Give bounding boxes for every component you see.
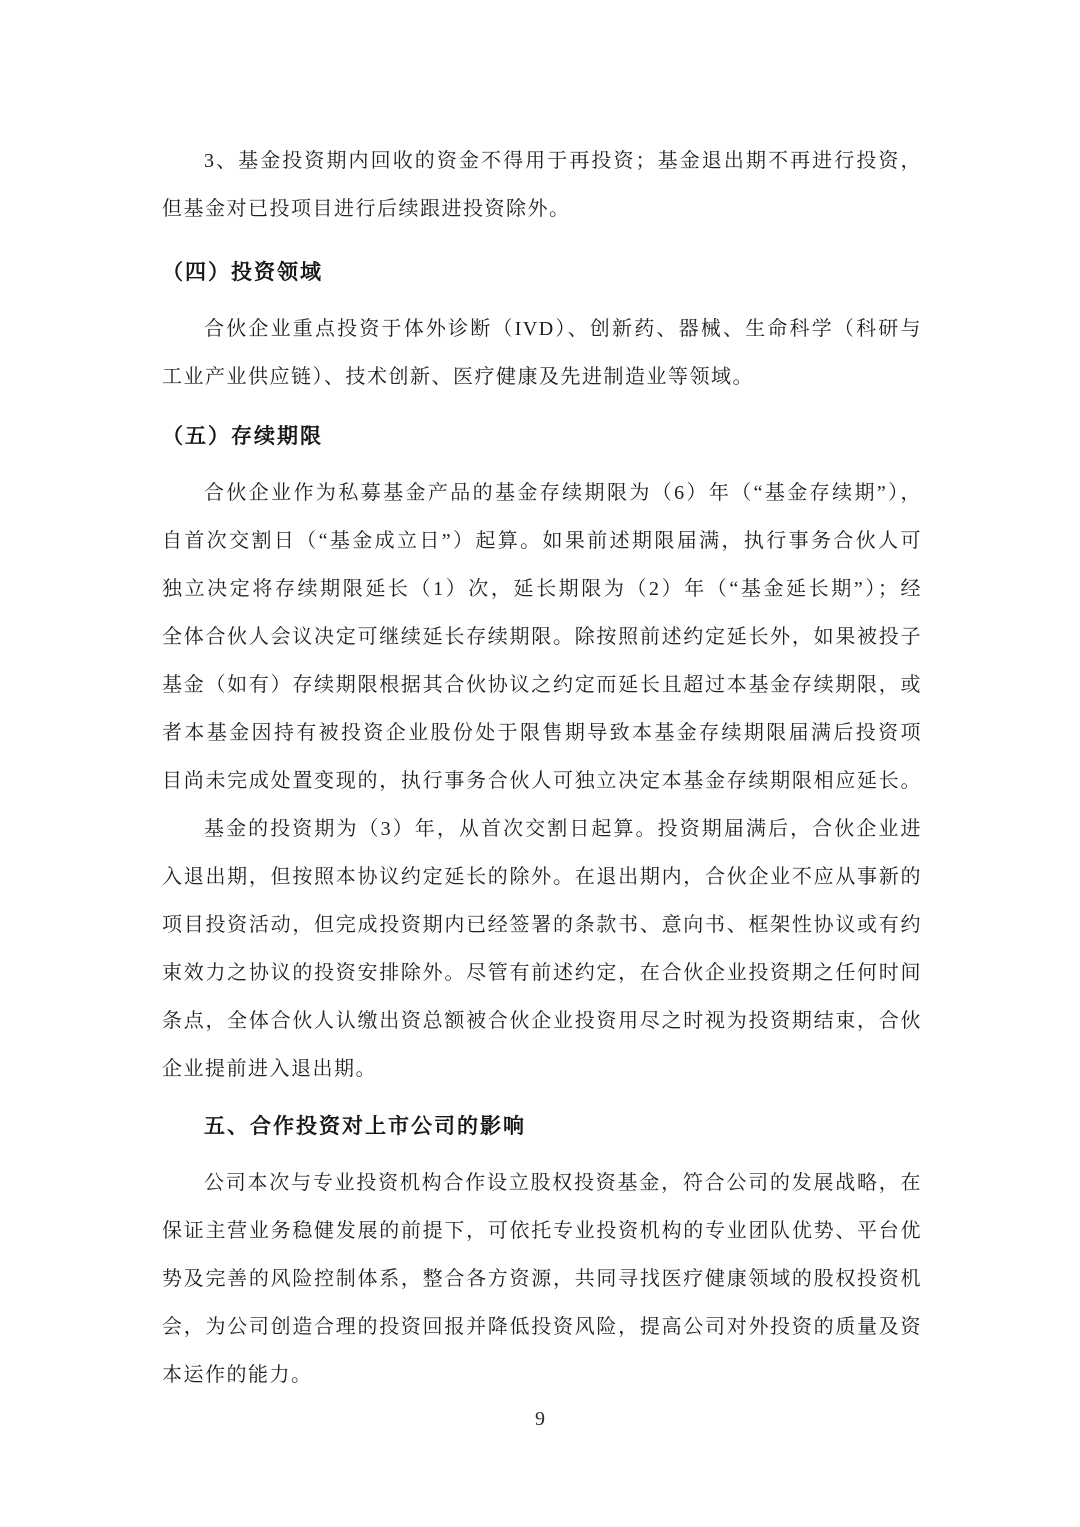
paragraph-fund-reinvestment-rule: 3、基金投资期内回收的资金不得用于再投资；基金退出期不再进行投资， 但基金对已投… xyxy=(162,137,922,233)
paragraph-line: 合伙企业作为私募基金产品的基金存续期限为（6）年（“基金存续期”）， xyxy=(162,469,922,517)
paragraph-line: 企业提前进入退出期。 xyxy=(162,1045,922,1093)
paragraph-line: 全体合伙人会议决定可继续延长存续期限。除按照前述约定延长外，如果被投子 xyxy=(162,613,922,661)
section-heading-impact-on-listed-company: 五、合作投资对上市公司的影响 xyxy=(162,1103,922,1151)
paragraph-line: 基金（如有）存续期限根据其合伙协议之约定而延长且超过本基金存续期限，或 xyxy=(162,661,922,709)
paragraph-investment-period: 基金的投资期为（3）年，从首次交割日起算。投资期届满后，合伙企业进 入退出期，但… xyxy=(162,805,922,1093)
paragraph-line: 本运作的能力。 xyxy=(162,1351,922,1399)
paragraph-line: 但基金对已投项目进行后续跟进投资除外。 xyxy=(162,185,922,233)
paragraph-line: 保证主营业务稳健发展的前提下，可依托专业投资机构的专业团队优势、平台优 xyxy=(162,1207,922,1255)
section-heading-duration-term: （五）存续期限 xyxy=(162,413,922,461)
section-heading-investment-areas: （四）投资领域 xyxy=(162,249,922,297)
paragraph-fund-duration: 合伙企业作为私募基金产品的基金存续期限为（6）年（“基金存续期”）， 自首次交割… xyxy=(162,469,922,805)
paragraph-line: 独立决定将存续期限延长（1）次，延长期限为（2）年（“基金延长期”）；经 xyxy=(162,565,922,613)
page-number: 9 xyxy=(0,1408,1080,1431)
paragraph-investment-areas: 合伙企业重点投资于体外诊断（IVD）、创新药、器械、生命科学（科研与 工业产业供… xyxy=(162,305,922,401)
paragraph-impact-on-company: 公司本次与专业投资机构合作设立股权投资基金，符合公司的发展战略，在 保证主营业务… xyxy=(162,1159,922,1399)
document-page: 3、基金投资期内回收的资金不得用于再投资；基金退出期不再进行投资， 但基金对已投… xyxy=(0,0,1080,1527)
paragraph-line: 公司本次与专业投资机构合作设立股权投资基金，符合公司的发展战略，在 xyxy=(162,1159,922,1207)
paragraph-line: 者本基金因持有被投资企业股份处于限售期导致本基金存续期限届满后投资项 xyxy=(162,709,922,757)
paragraph-line: 束效力之协议的投资安排除外。尽管有前述约定，在合伙企业投资期之任何时间 xyxy=(162,949,922,997)
paragraph-line: 势及完善的风险控制体系，整合各方资源，共同寻找医疗健康领域的股权投资机 xyxy=(162,1255,922,1303)
paragraph-line: 自首次交割日（“基金成立日”）起算。如果前述期限届满，执行事务合伙人可 xyxy=(162,517,922,565)
paragraph-line: 合伙企业重点投资于体外诊断（IVD）、创新药、器械、生命科学（科研与 xyxy=(162,305,922,353)
paragraph-line: 工业产业供应链）、技术创新、医疗健康及先进制造业等领域。 xyxy=(162,353,922,401)
document-content: 3、基金投资期内回收的资金不得用于再投资；基金退出期不再进行投资， 但基金对已投… xyxy=(162,137,922,1399)
paragraph-line: 项目投资活动，但完成投资期内已经签署的条款书、意向书、框架性协议或有约 xyxy=(162,901,922,949)
paragraph-line: 目尚未完成处置变现的，执行事务合伙人可独立决定本基金存续期限相应延长。 xyxy=(162,757,922,805)
paragraph-line: 3、基金投资期内回收的资金不得用于再投资；基金退出期不再进行投资， xyxy=(162,137,922,185)
paragraph-line: 会，为公司创造合理的投资回报并降低投资风险，提高公司对外投资的质量及资 xyxy=(162,1303,922,1351)
paragraph-line: 入退出期，但按照本协议约定延长的除外。在退出期内，合伙企业不应从事新的 xyxy=(162,853,922,901)
paragraph-line: 条点，全体合伙人认缴出资总额被合伙企业投资用尽之时视为投资期结束，合伙 xyxy=(162,997,922,1045)
paragraph-line: 基金的投资期为（3）年，从首次交割日起算。投资期届满后，合伙企业进 xyxy=(162,805,922,853)
